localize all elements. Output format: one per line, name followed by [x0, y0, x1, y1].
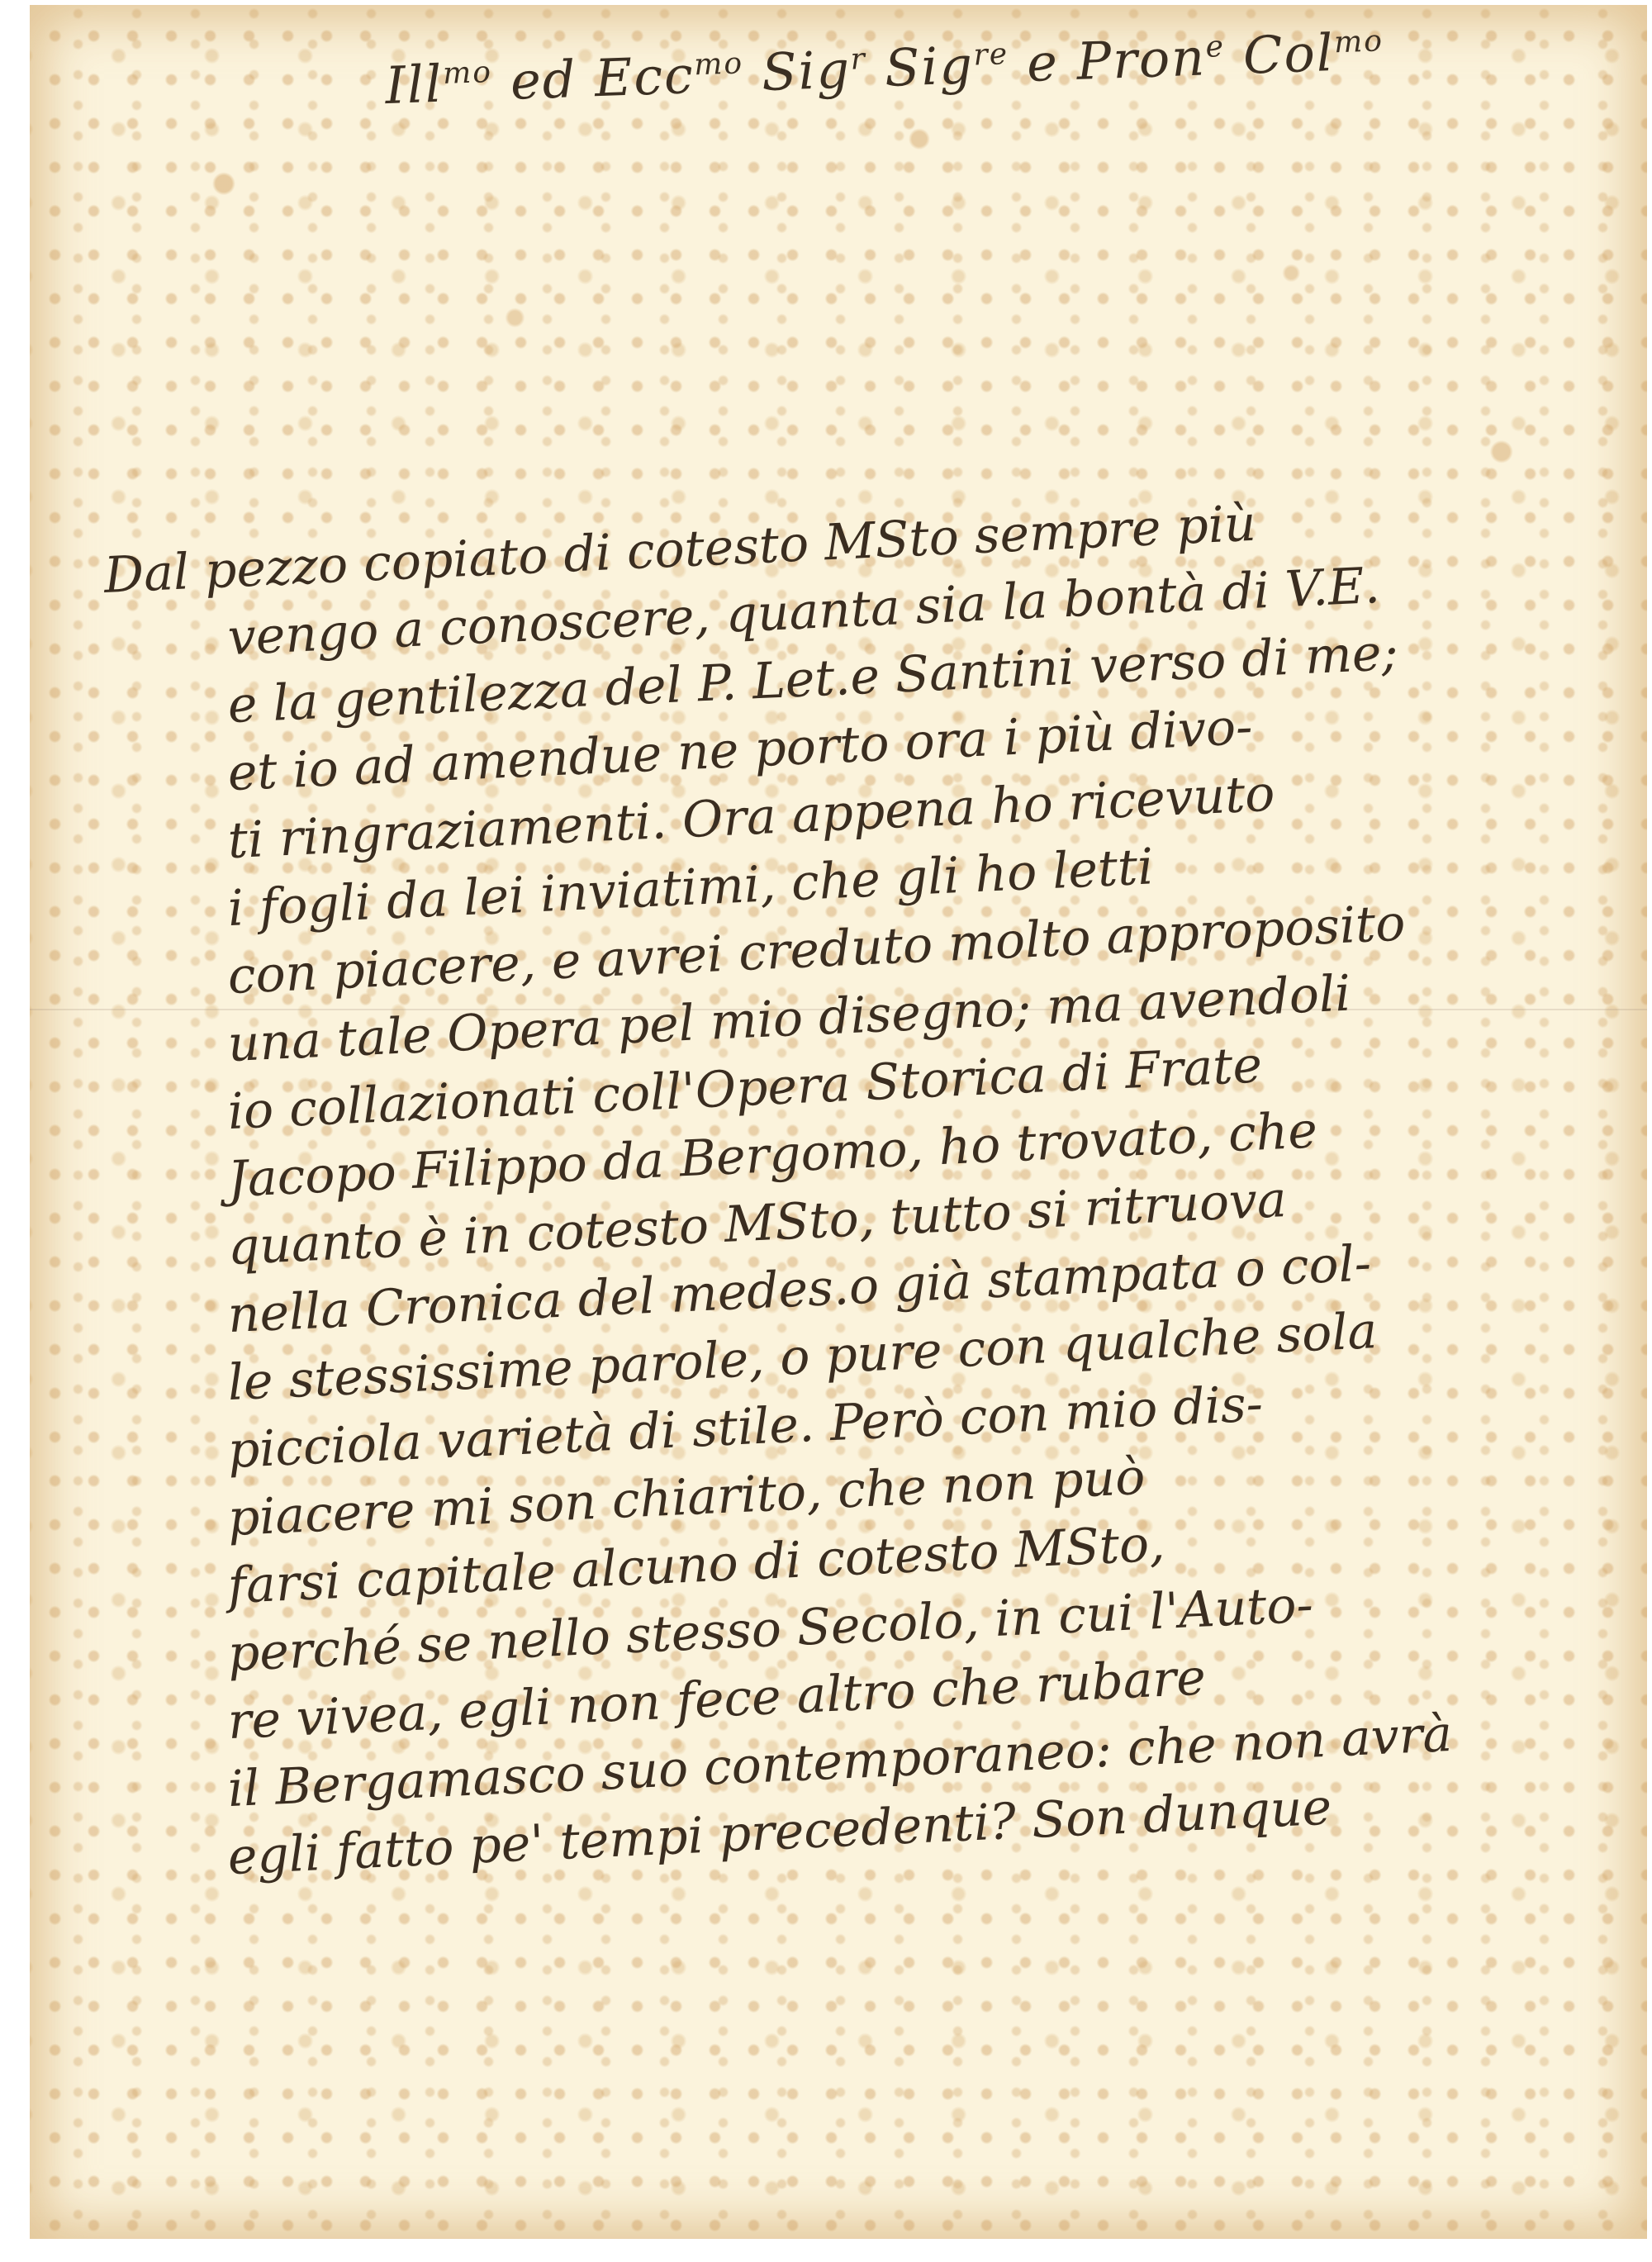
letter-paper: Illmo ed Eccmo Sigr Sigre e Prone Colmo … — [30, 5, 1647, 2239]
salutation-part: ed Eccmo — [510, 43, 745, 112]
salutation-part: Illmo — [384, 52, 493, 116]
salutation-part: Colmo — [1242, 21, 1385, 86]
letter-body: Dal pezzo copiato di cotesto MSto sempre… — [104, 542, 1652, 1897]
salutation: Illmo ed Eccmo Sigr Sigre e Prone Colmo — [384, 21, 1384, 116]
salutation-part: e Prone — [1026, 26, 1227, 93]
salutation-part: Sigr — [761, 39, 868, 102]
salutation-part: Sigre — [884, 34, 1010, 98]
